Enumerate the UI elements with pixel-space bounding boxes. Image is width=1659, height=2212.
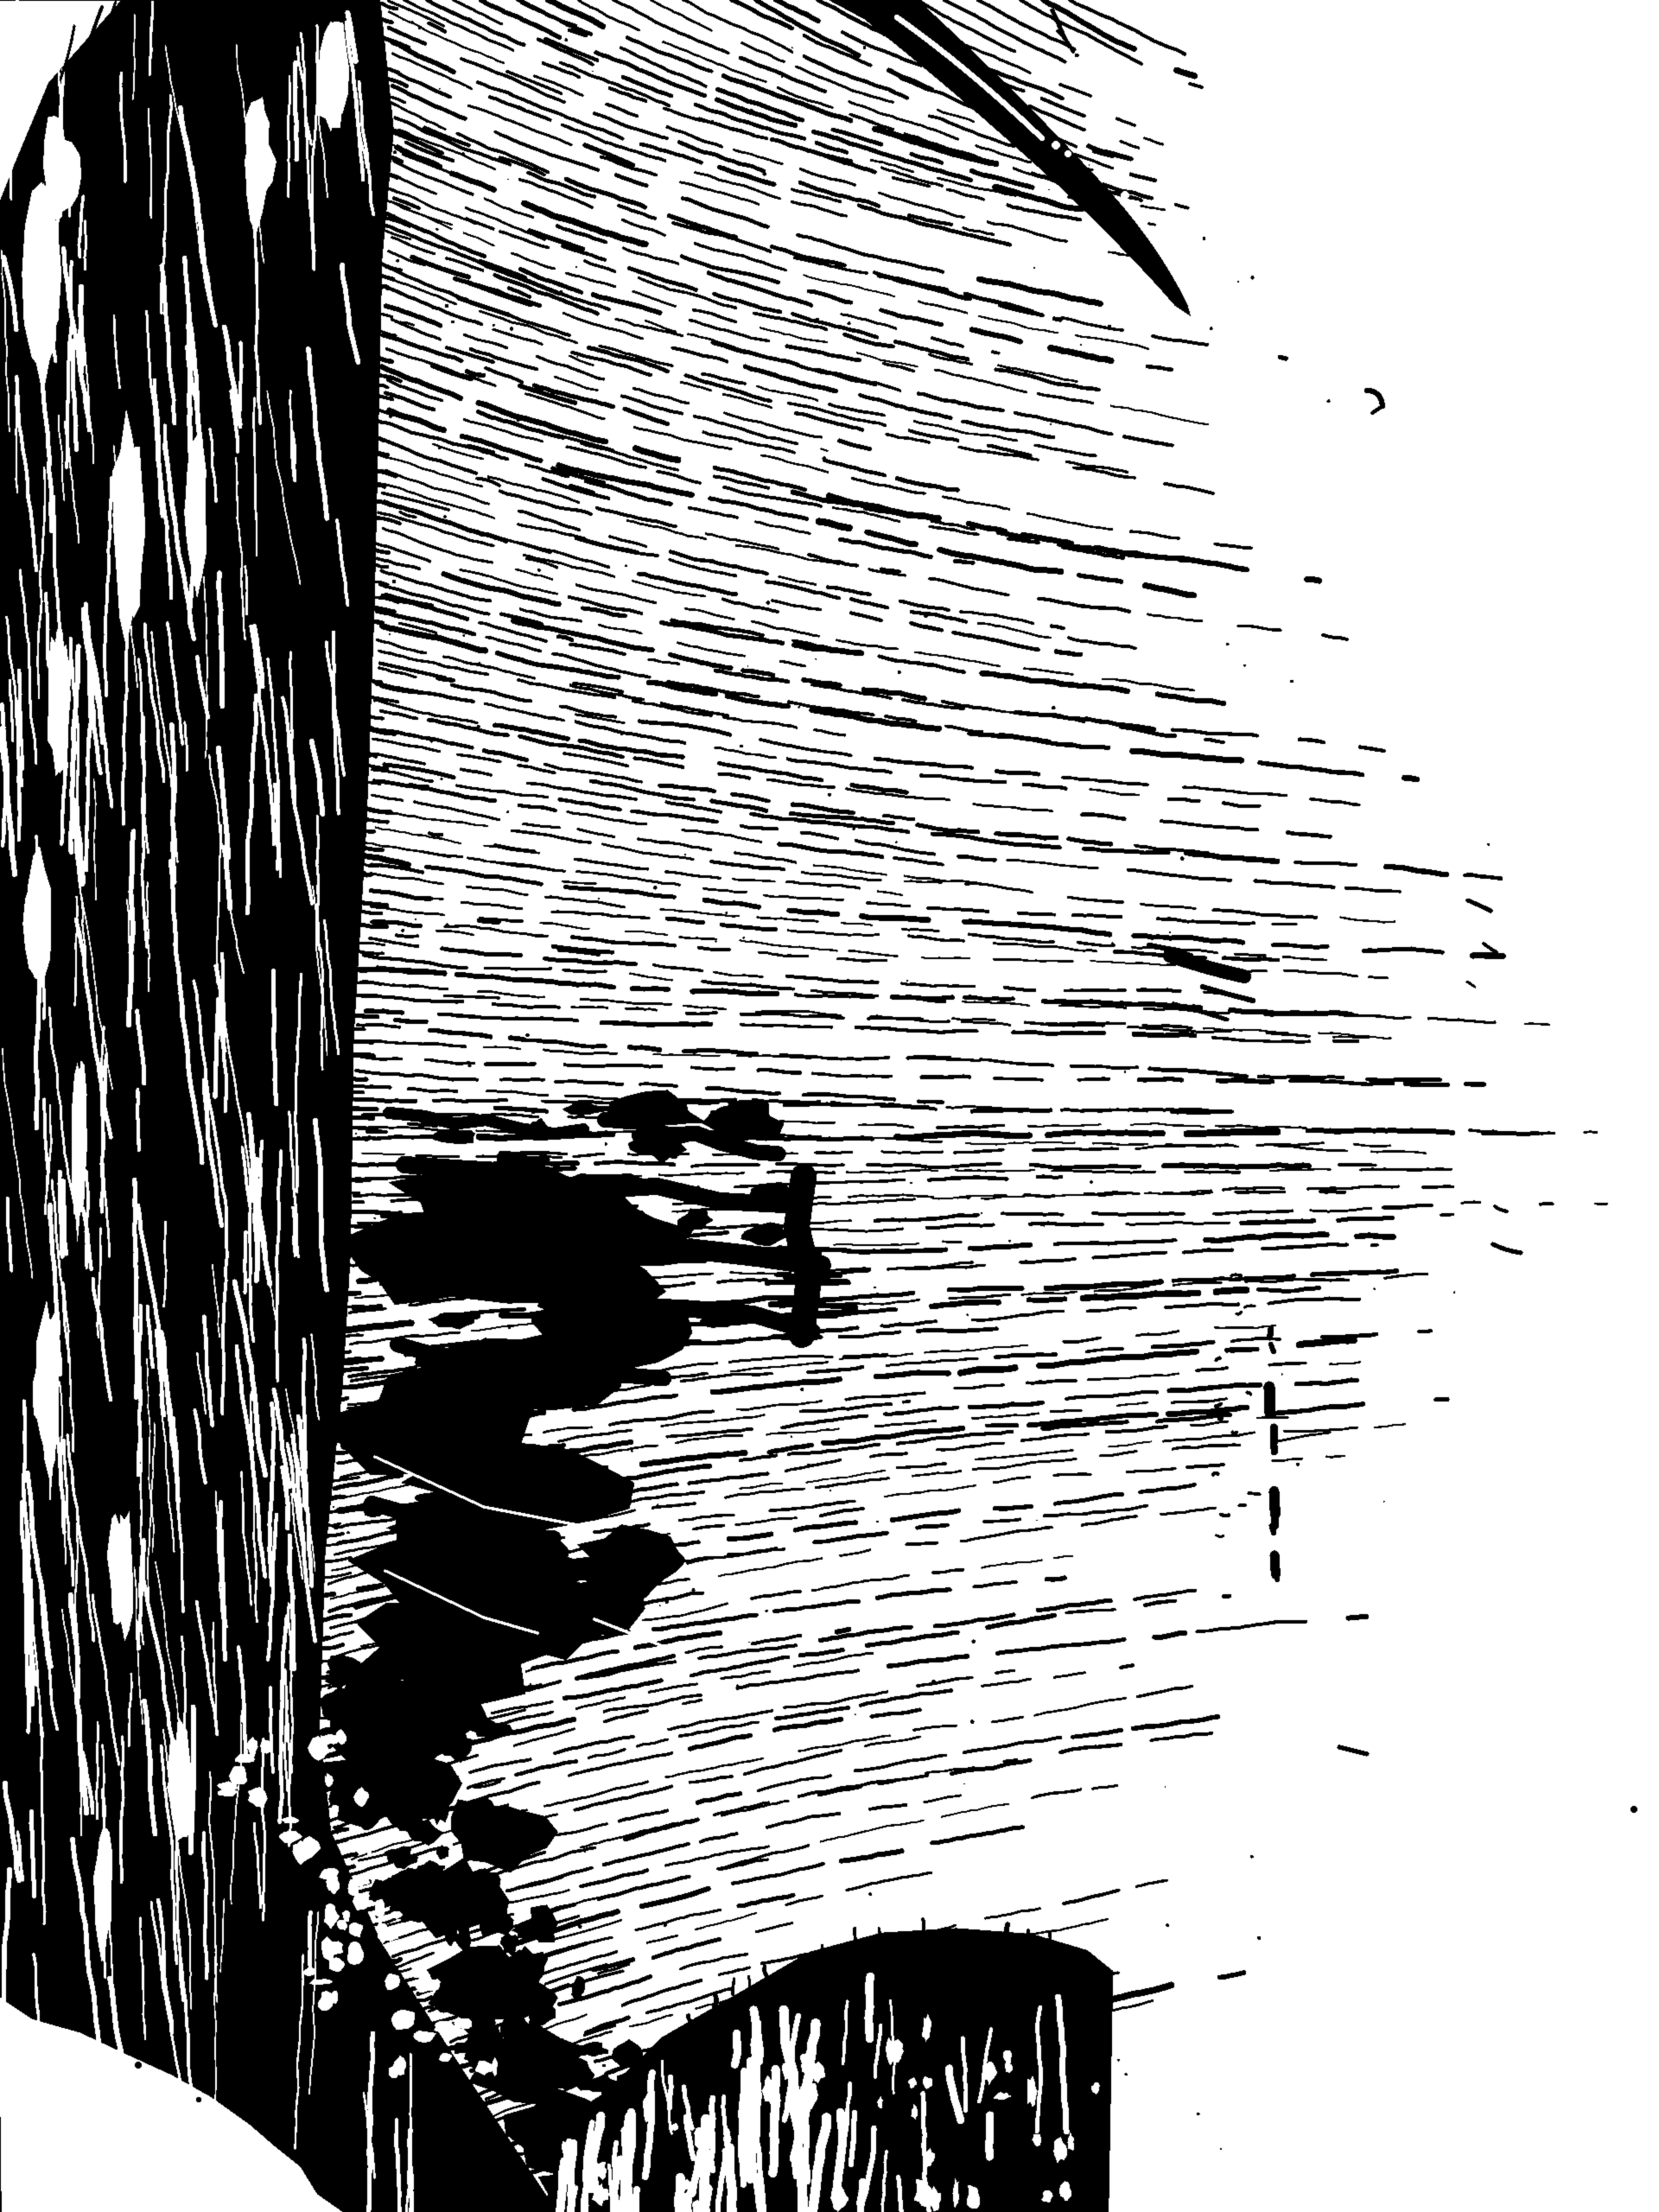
wood-grain-threshold-image bbox=[0, 0, 1659, 2212]
binarized-wood-photo-stage bbox=[0, 0, 1659, 2212]
